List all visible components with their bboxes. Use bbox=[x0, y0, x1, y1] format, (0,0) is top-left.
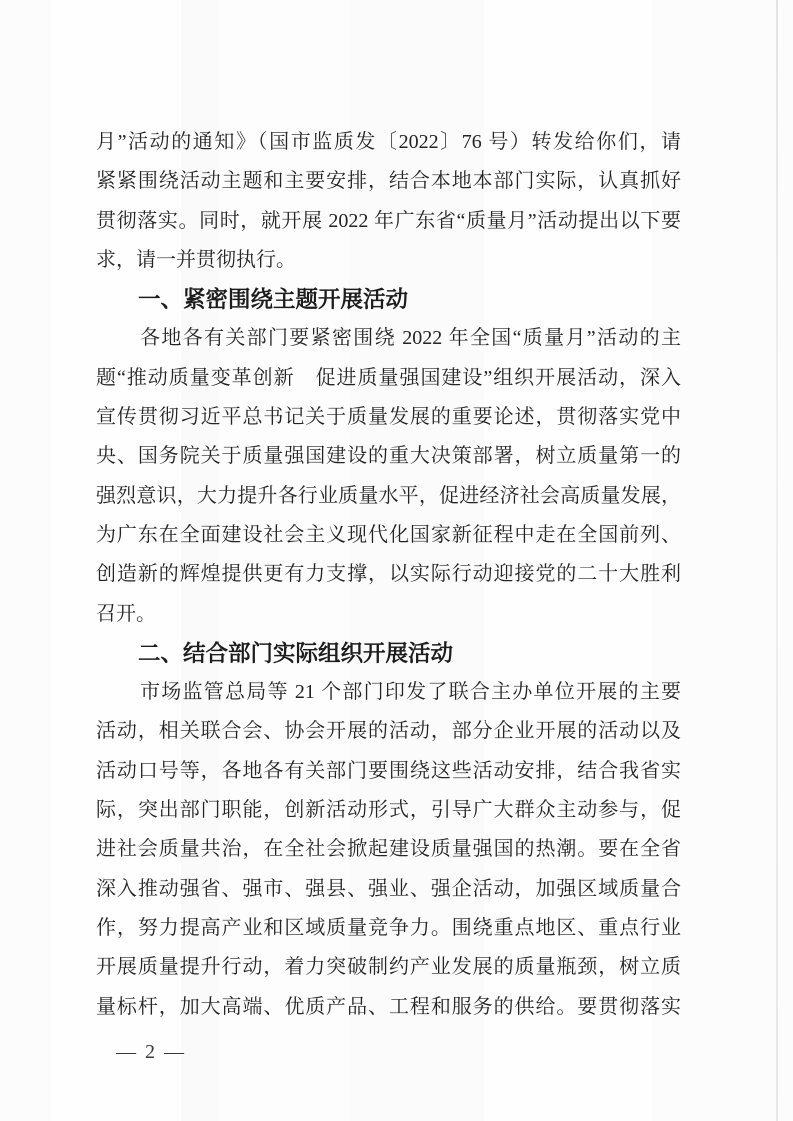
section-heading: 二、结合部门实际组织开展活动 bbox=[96, 634, 681, 673]
document-body: 月”活动的通知》（国市监质发〔2022〕76 号）转发给你们，请紧紧围绕活动主题… bbox=[96, 123, 681, 1027]
scan-edge-line bbox=[776, 0, 778, 1121]
text-line: 召开。 bbox=[96, 595, 681, 634]
text-line: 紧紧围绕活动主题和主要安排，结合本地本部门实际，认真抓好 bbox=[96, 162, 681, 201]
text-line: 求，请一并贯彻执行。 bbox=[96, 241, 681, 280]
text-line: 月”活动的通知》（国市监质发〔2022〕76 号）转发给你们，请 bbox=[96, 123, 681, 162]
text-line: 开展质量提升行动，着力突破制约产业发展的质量瓶颈，树立质 bbox=[96, 948, 681, 987]
text-line: 深入推动强省、强市、强县、强业、强企活动，加强区域质量合 bbox=[96, 870, 681, 909]
page-number: — 2 — bbox=[116, 1040, 186, 1064]
text-line: 为广东在全面建设社会主义现代化国家新征程中走在全国前列、 bbox=[96, 516, 681, 555]
text-line: 宣传贯彻习近平总书记关于质量发展的重要论述，贯彻落实党中 bbox=[96, 398, 681, 437]
text-line: 活动，相关联合会、协会开展的活动，部分企业开展的活动以及 bbox=[96, 712, 681, 751]
text-line: 贯彻落实。同时，就开展 2022 年广东省“质量月”活动提出以下要 bbox=[96, 202, 681, 241]
text-line: 题“推动质量变革创新 促进质量强国建设”组织开展活动，深入 bbox=[96, 359, 681, 398]
text-line: 央、国务院关于质量强国建设的重大决策部署，树立质量第一的 bbox=[96, 437, 681, 476]
text-line: 活动口号等，各地各有关部门要围绕这些活动安排，结合我省实 bbox=[96, 752, 681, 791]
text-line: 进社会质量共治，在全社会掀起建设质量强国的热潮。要在全省 bbox=[96, 830, 681, 869]
text-line: 强烈意识，大力提升各行业质量水平，促进经济社会高质量发展， bbox=[96, 477, 681, 516]
text-line: 量标杆，加大高端、优质产品、工程和服务的供给。要贯彻落实 bbox=[96, 988, 681, 1027]
scanned-document-page: 月”活动的通知》（国市监质发〔2022〕76 号）转发给你们，请紧紧围绕活动主题… bbox=[0, 0, 793, 1121]
text-line: 市场监管总局等 21 个部门印发了联合主办单位开展的主要 bbox=[96, 673, 681, 712]
text-line: 作，努力提高产业和区域质量竞争力。围绕重点地区、重点行业 bbox=[96, 909, 681, 948]
text-line: 创造新的辉煌提供更有力支撑，以实际行动迎接党的二十大胜利 bbox=[96, 555, 681, 594]
text-line: 各地各有关部门要紧密围绕 2022 年全国“质量月”活动的主 bbox=[96, 319, 681, 358]
text-line: 际，突出部门职能，创新活动形式，引导广大群众主动参与，促 bbox=[96, 791, 681, 830]
section-heading: 一、紧密围绕主题开展活动 bbox=[96, 280, 681, 319]
